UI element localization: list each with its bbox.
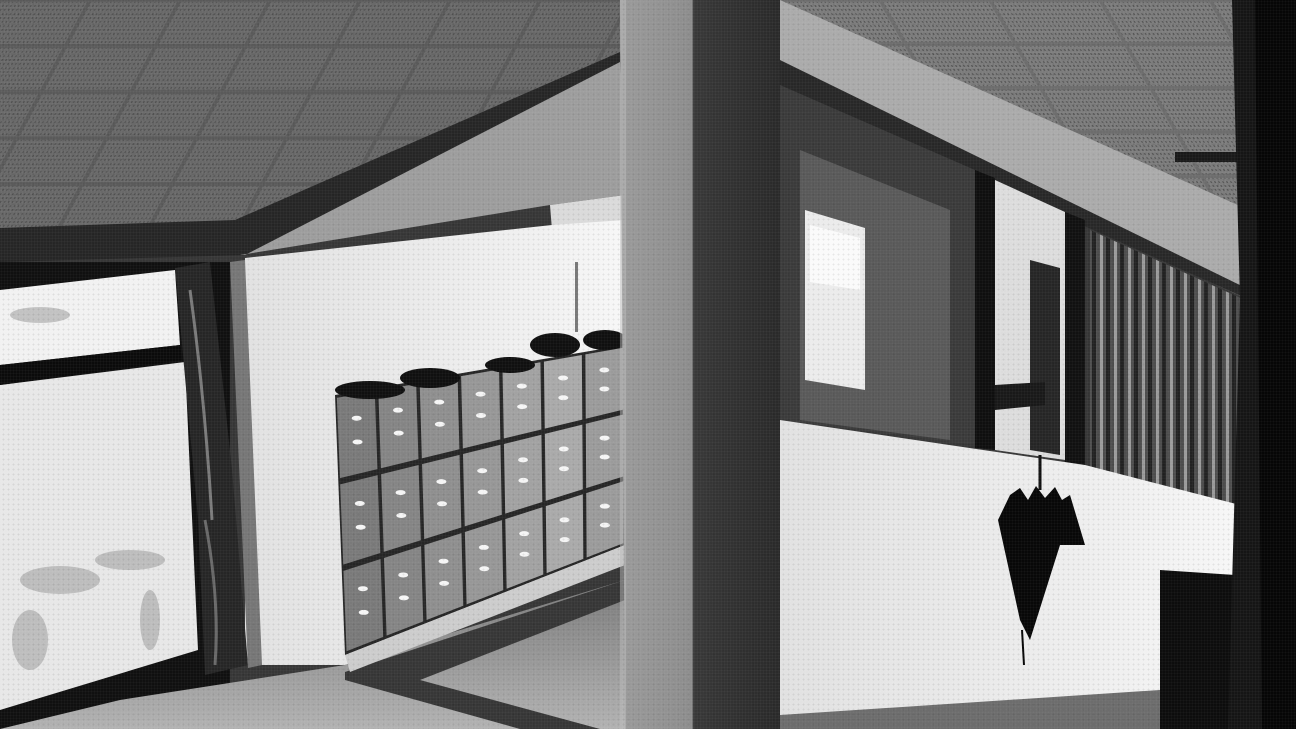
locker-door (463, 445, 502, 527)
photo-scene (0, 0, 1296, 729)
locker-door (340, 475, 380, 565)
locker-label-plate (520, 552, 530, 557)
locker-label-plate (479, 545, 489, 550)
locker-label-plate (517, 384, 527, 389)
locker-label-plate (398, 572, 408, 577)
locker-label-plate (600, 504, 610, 509)
locker-label-plate (478, 490, 488, 495)
locker-door (544, 355, 582, 429)
locker-door (461, 369, 500, 448)
locker-label-plate (352, 416, 362, 421)
locker-door (422, 455, 461, 539)
locker-label-plate (476, 392, 486, 397)
locker-door (424, 533, 463, 620)
locker-label-plate (353, 439, 363, 444)
locker-door (504, 435, 542, 514)
locker-label-plate (396, 490, 406, 495)
locker-label-plate (517, 404, 527, 409)
locker-label-plate (558, 376, 568, 381)
locker-label-plate (358, 586, 368, 591)
locker-label-plate (396, 513, 406, 518)
locker-door (545, 425, 583, 501)
locker-door (503, 362, 542, 438)
locker-label-plate (599, 386, 609, 391)
locker-label-plate (479, 566, 489, 571)
locker-label-plate (560, 537, 570, 542)
locker-label-plate (439, 559, 449, 564)
locker-label-plate (560, 517, 570, 522)
locker-label-plate (439, 581, 449, 586)
locker-label-plate (434, 400, 444, 405)
locker-door (465, 520, 503, 604)
locker-door (384, 546, 423, 636)
locker-label-plate (600, 523, 610, 528)
locker-label-plate (394, 431, 404, 436)
locker-label-plate (600, 455, 610, 460)
locker-door (420, 377, 460, 459)
interior-photograph: Black-and-white photograph of a building… (0, 0, 1296, 729)
locker-door (585, 348, 623, 419)
locker-label-plate (359, 610, 369, 615)
locker-label-plate (477, 468, 487, 473)
locker-label-plate (476, 413, 486, 418)
locker-label-plate (437, 501, 447, 506)
locker-label-plate (355, 501, 365, 506)
concrete-column (620, 0, 780, 729)
locker-label-plate (599, 367, 609, 372)
locker-label-plate (435, 422, 445, 427)
locker-label-plate (518, 457, 528, 462)
locker-label-plate (558, 395, 568, 400)
locker-label-plate (518, 478, 528, 483)
locker-label-plate (559, 446, 569, 451)
cabinet (1160, 570, 1235, 729)
locker-label-plate (356, 525, 366, 530)
locker-label-plate (393, 408, 403, 413)
locker-door (586, 414, 624, 488)
locker-label-plate (399, 595, 409, 600)
locker-label-plate (600, 436, 610, 441)
locker-door (505, 507, 543, 589)
locker-door (381, 465, 421, 552)
locker-label-plate (559, 466, 569, 471)
locker-label-plate (436, 479, 446, 484)
locker-door (337, 391, 378, 478)
locker-door (343, 559, 383, 651)
locker-label-plate (519, 531, 529, 536)
